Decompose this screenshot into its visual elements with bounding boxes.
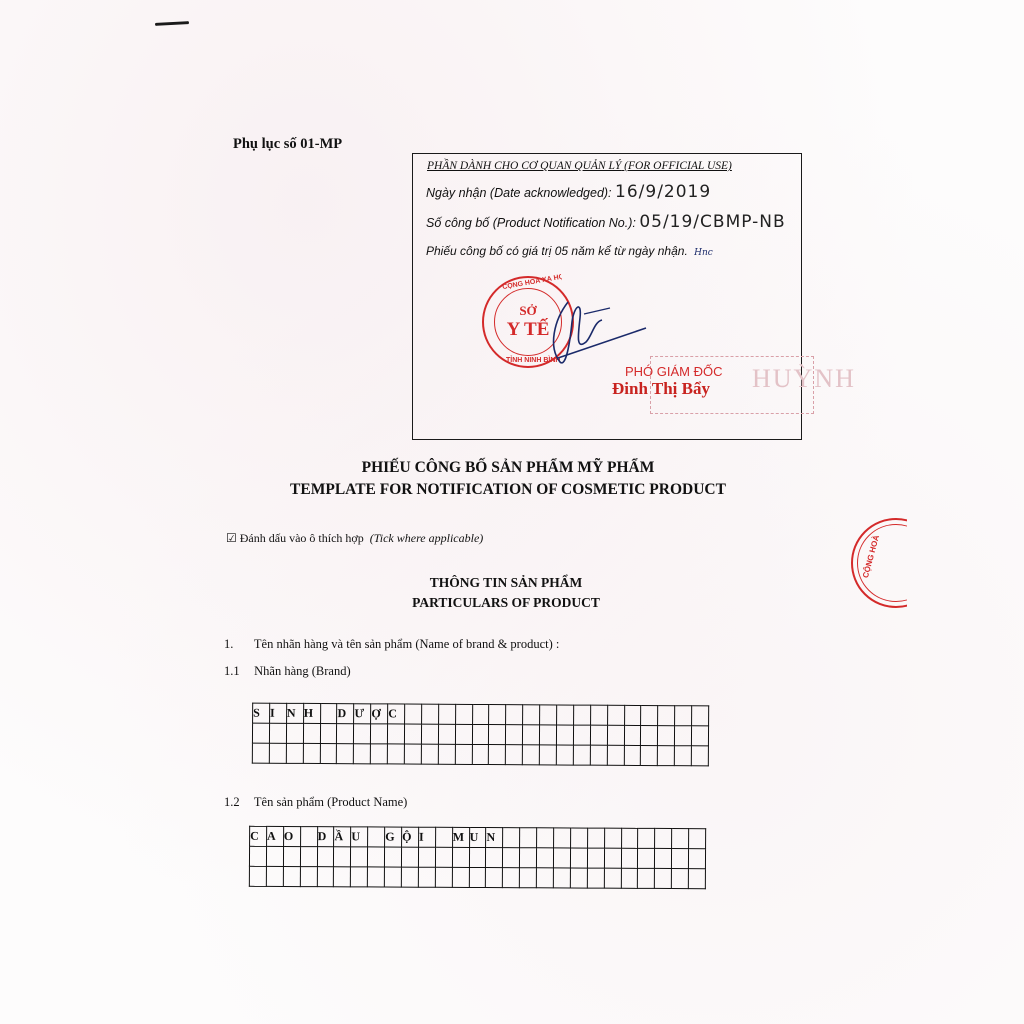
grid-cell[interactable] xyxy=(638,848,655,868)
grid-cell[interactable] xyxy=(624,705,641,725)
grid-cell[interactable] xyxy=(573,725,590,745)
grid-cell[interactable] xyxy=(658,746,675,766)
grid-cell[interactable] xyxy=(249,846,266,866)
grid-cell[interactable] xyxy=(269,743,286,763)
grid-cell[interactable] xyxy=(320,704,337,724)
grid-cell[interactable]: U xyxy=(351,827,368,847)
grid-cell[interactable] xyxy=(553,868,570,888)
grid-cell[interactable] xyxy=(354,724,371,744)
grid-cell[interactable] xyxy=(672,869,689,889)
item-number: 1.2 xyxy=(224,795,251,810)
grid-cell[interactable]: H xyxy=(303,703,320,723)
grid-cell[interactable] xyxy=(385,847,402,867)
official-heading-vi: PHẦN DÀNH CHO CƠ QUAN QUẢN LÝ xyxy=(427,160,621,172)
grid-cell[interactable] xyxy=(607,745,624,765)
grid-cell[interactable] xyxy=(539,745,556,765)
grid-cell[interactable] xyxy=(469,867,486,887)
grid-cell[interactable]: Ầ xyxy=(334,827,351,847)
grid-cell[interactable] xyxy=(570,868,587,888)
grid-cell[interactable] xyxy=(655,828,672,848)
grid-cell[interactable] xyxy=(368,827,385,847)
partial-side-seal: CỘNG HOÀ xyxy=(847,518,907,608)
grid-cell[interactable] xyxy=(607,725,624,745)
grid-cell[interactable]: U xyxy=(469,827,486,847)
grid-cell[interactable] xyxy=(604,868,621,888)
grid-cell[interactable] xyxy=(286,723,303,743)
grid-cell[interactable] xyxy=(320,724,337,744)
grid-cell[interactable] xyxy=(523,725,540,745)
grid-cell[interactable] xyxy=(489,725,506,745)
grid-cell[interactable] xyxy=(368,867,385,887)
grid-cell[interactable] xyxy=(590,705,607,725)
grid-cell[interactable] xyxy=(438,704,455,724)
grid-cell[interactable] xyxy=(388,724,405,744)
grid-cell[interactable]: G xyxy=(385,827,402,847)
document-title-vi: PHIẾU CÔNG BỐ SẢN PHẨM MỸ PHẨM xyxy=(0,459,1020,477)
grid-cell[interactable] xyxy=(506,705,523,725)
grid-cell[interactable] xyxy=(404,724,421,744)
grid-cell[interactable] xyxy=(540,725,557,745)
grid-cell[interactable] xyxy=(556,745,573,765)
tick-instruction-vi: Đánh dấu vào ô thích hợp xyxy=(240,531,364,545)
grid-cell[interactable] xyxy=(503,868,520,888)
grid-cell[interactable] xyxy=(368,847,385,867)
grid-cell[interactable] xyxy=(540,705,557,725)
grid-cell[interactable] xyxy=(672,849,689,869)
grid-cell[interactable]: I xyxy=(418,827,435,847)
official-use-heading: PHẦN DÀNH CHO CƠ QUAN QUẢN LÝ (FOR OFFIC… xyxy=(427,160,732,172)
grid-cell[interactable] xyxy=(469,847,486,867)
grid-cell[interactable]: O xyxy=(283,826,300,846)
grid-cell[interactable] xyxy=(607,705,624,725)
grid-cell[interactable] xyxy=(573,705,590,725)
grid-cell[interactable]: D xyxy=(317,827,334,847)
tick-instruction-en: (Tick where applicable) xyxy=(370,531,484,545)
grid-cell[interactable] xyxy=(455,724,472,744)
grid-cell[interactable] xyxy=(404,744,421,764)
grid-cell[interactable] xyxy=(557,705,574,725)
grid-cell[interactable] xyxy=(489,745,506,765)
grid-cell[interactable] xyxy=(452,867,469,887)
grid-cell[interactable] xyxy=(621,848,638,868)
item-1: 1. Tên nhãn hàng và tên sản phẩm (Name o… xyxy=(224,637,559,652)
grid-cell[interactable] xyxy=(692,726,709,746)
document-title-en: TEMPLATE FOR NOTIFICATION OF COSMETIC PR… xyxy=(0,481,1020,499)
grid-cell[interactable] xyxy=(418,867,435,887)
grid-cell[interactable] xyxy=(655,868,672,888)
grid-cell[interactable] xyxy=(452,847,469,867)
grid-cell[interactable]: Ộ xyxy=(402,827,419,847)
grid-cell[interactable] xyxy=(252,743,269,763)
grid-cell[interactable] xyxy=(570,828,587,848)
grid-cell[interactable] xyxy=(300,847,317,867)
grid-cell[interactable] xyxy=(405,704,422,724)
grid-cell[interactable] xyxy=(286,743,303,763)
grid-cell[interactable] xyxy=(638,828,655,848)
grid-cell[interactable] xyxy=(472,724,489,744)
item-1-1: 1.1 Nhãn hàng (Brand) xyxy=(224,664,351,679)
date-acknowledged-row: Ngày nhận (Date acknowledged): 16/9/2019 xyxy=(426,182,711,202)
grid-cell[interactable] xyxy=(300,827,317,847)
grid-cell[interactable]: C xyxy=(388,704,405,724)
grid-cell[interactable] xyxy=(537,848,554,868)
grid-cell[interactable] xyxy=(371,724,388,744)
grid-row xyxy=(252,723,708,746)
grid-cell[interactable] xyxy=(675,746,692,766)
grid-row xyxy=(249,866,705,888)
grid-cell[interactable] xyxy=(587,868,604,888)
grid-cell[interactable]: N xyxy=(486,828,503,848)
grid-cell[interactable] xyxy=(537,828,554,848)
grid-cell[interactable] xyxy=(320,744,337,764)
grid-cell[interactable] xyxy=(438,744,455,764)
grid-cell[interactable] xyxy=(688,869,705,889)
grid-cell[interactable] xyxy=(641,705,658,725)
grid-cell[interactable] xyxy=(520,828,537,848)
grid-cell[interactable] xyxy=(334,847,351,867)
grid-cell[interactable] xyxy=(689,849,706,869)
grid-cell[interactable] xyxy=(401,867,418,887)
grid-cell[interactable] xyxy=(638,868,655,888)
grid-cell[interactable] xyxy=(269,723,286,743)
faded-stamp-text: HUỲNH xyxy=(752,364,856,394)
grid-row xyxy=(249,846,705,868)
grid-cell[interactable] xyxy=(303,743,320,763)
grid-cell[interactable] xyxy=(472,744,489,764)
handwritten-signature xyxy=(540,292,650,372)
grid-cell[interactable] xyxy=(435,847,452,867)
grid-cell[interactable] xyxy=(655,848,672,868)
grid-cell[interactable] xyxy=(337,724,354,744)
grid-cell[interactable] xyxy=(675,706,692,726)
grid-cell[interactable] xyxy=(556,725,573,745)
grid-cell[interactable] xyxy=(604,828,621,848)
grid-cell[interactable] xyxy=(520,848,537,868)
grid-cell[interactable] xyxy=(337,744,354,764)
signer-name: Đinh Thị Bẩy xyxy=(612,379,710,399)
grid-cell[interactable]: I xyxy=(269,703,286,723)
grid-cell[interactable] xyxy=(523,705,540,725)
grid-cell[interactable] xyxy=(371,744,388,764)
grid-cell[interactable]: M xyxy=(452,827,469,847)
grid-cell[interactable] xyxy=(351,867,368,887)
grid-cell[interactable] xyxy=(472,704,489,724)
checkbox-ticked-icon: ☑ xyxy=(226,531,237,545)
grid-cell[interactable] xyxy=(249,866,266,886)
grid-cell[interactable] xyxy=(283,846,300,866)
grid-cell[interactable] xyxy=(641,725,658,745)
item-1-2: 1.2 Tên sản phẩm (Product Name) xyxy=(224,795,407,810)
validity-row: Phiếu công bố có giá trị 05 năm kể từ ng… xyxy=(426,244,713,258)
grid-cell[interactable]: N xyxy=(286,703,303,723)
item-label: Tên nhãn hàng và tên sản phẩm (Name of b… xyxy=(254,637,559,651)
validity-text: Phiếu công bố có giá trị 05 năm kể từ ng… xyxy=(426,244,688,258)
grid-cell[interactable] xyxy=(303,723,320,743)
grid-cell[interactable] xyxy=(435,867,452,887)
grid-cell[interactable] xyxy=(489,705,506,725)
grid-cell[interactable] xyxy=(421,744,438,764)
grid-cell[interactable] xyxy=(455,744,472,764)
grid-cell[interactable]: Ư xyxy=(354,704,371,724)
grid-cell[interactable] xyxy=(658,706,675,726)
grid-cell[interactable] xyxy=(590,725,607,745)
grid-cell[interactable] xyxy=(266,866,283,886)
grid-row xyxy=(252,743,708,766)
grid-cell[interactable] xyxy=(506,745,523,765)
grid-cell[interactable] xyxy=(266,846,283,866)
grid-cell[interactable] xyxy=(691,746,708,766)
grid-cell[interactable] xyxy=(418,847,435,867)
grid-cell[interactable] xyxy=(536,868,553,888)
item-number: 1. xyxy=(224,637,251,652)
grid-cell[interactable] xyxy=(587,828,604,848)
grid-cell[interactable] xyxy=(486,848,503,868)
grid-cell[interactable] xyxy=(689,829,706,849)
grid-cell[interactable] xyxy=(621,868,638,888)
appendix-label: Phụ lục số 01-MP xyxy=(233,136,342,153)
notification-value: 05/19/CBMP-NB xyxy=(639,212,785,232)
tick-instruction: ☑ Đánh dấu vào ô thích hợp (Tick where a… xyxy=(226,531,483,546)
grid-cell[interactable] xyxy=(401,847,418,867)
grid-cell[interactable] xyxy=(624,725,641,745)
grid-cell[interactable] xyxy=(692,706,709,726)
grid-cell[interactable] xyxy=(604,848,621,868)
grid-cell[interactable] xyxy=(435,827,452,847)
product-name-character-grid: CAODẦUGỘIMUN xyxy=(249,826,706,889)
grid-cell[interactable] xyxy=(438,724,455,744)
grid-cell[interactable] xyxy=(387,744,404,764)
grid-cell[interactable] xyxy=(503,848,520,868)
brand-character-grid: SINHDƯỢC xyxy=(252,703,709,767)
grid-cell[interactable] xyxy=(486,868,503,888)
grid-cell[interactable] xyxy=(455,704,472,724)
grid-cell[interactable] xyxy=(553,848,570,868)
grid-cell[interactable] xyxy=(506,725,523,745)
grid-cell[interactable] xyxy=(421,724,438,744)
grid-cell[interactable] xyxy=(252,723,269,743)
date-value: 16/9/2019 xyxy=(615,182,711,202)
grid-cell[interactable]: D xyxy=(337,704,354,724)
grid-cell[interactable] xyxy=(570,848,587,868)
grid-cell[interactable] xyxy=(354,744,371,764)
grid-cell[interactable] xyxy=(573,745,590,765)
grid-cell[interactable] xyxy=(317,847,334,867)
item-label: Nhãn hàng (Brand) xyxy=(254,664,351,678)
initials-signature: Hnc xyxy=(694,248,713,258)
grid-cell[interactable] xyxy=(587,848,604,868)
grid-cell[interactable] xyxy=(300,867,317,887)
grid-cell[interactable] xyxy=(421,704,438,724)
grid-row: CAODẦUGỘIMUN xyxy=(250,826,706,848)
grid-cell[interactable] xyxy=(503,828,520,848)
official-heading-en: (FOR OFFICIAL USE) xyxy=(624,160,732,172)
grid-cell[interactable] xyxy=(621,828,638,848)
grid-cell[interactable] xyxy=(317,867,334,887)
grid-cell[interactable]: A xyxy=(266,826,283,846)
grid-cell[interactable] xyxy=(672,829,689,849)
item-number: 1.1 xyxy=(224,664,251,679)
grid-cell[interactable] xyxy=(283,866,300,886)
date-label: Ngày nhận (Date acknowledged): xyxy=(426,186,612,200)
item-label: Tên sản phẩm (Product Name) xyxy=(254,795,407,809)
notification-number-row: Số công bố (Product Notification No.): 0… xyxy=(426,212,786,232)
grid-cell[interactable] xyxy=(658,726,675,746)
grid-cell[interactable]: S xyxy=(253,703,270,723)
grid-cell[interactable] xyxy=(590,745,607,765)
grid-cell[interactable] xyxy=(675,726,692,746)
grid-cell[interactable] xyxy=(384,867,401,887)
grid-cell[interactable]: C xyxy=(250,826,267,846)
grid-cell[interactable] xyxy=(554,828,571,848)
grid-cell[interactable] xyxy=(641,745,658,765)
grid-cell[interactable] xyxy=(624,745,641,765)
grid-cell[interactable] xyxy=(351,847,368,867)
notification-label: Số công bố (Product Notification No.): xyxy=(426,216,636,230)
signer-title: PHÓ GIÁM ĐỐC xyxy=(625,364,723,379)
grid-cell[interactable] xyxy=(520,868,537,888)
grid-cell[interactable]: Ợ xyxy=(371,704,388,724)
grid-row: SINHDƯỢC xyxy=(253,703,709,726)
grid-cell[interactable] xyxy=(334,867,351,887)
grid-cell[interactable] xyxy=(523,745,540,765)
